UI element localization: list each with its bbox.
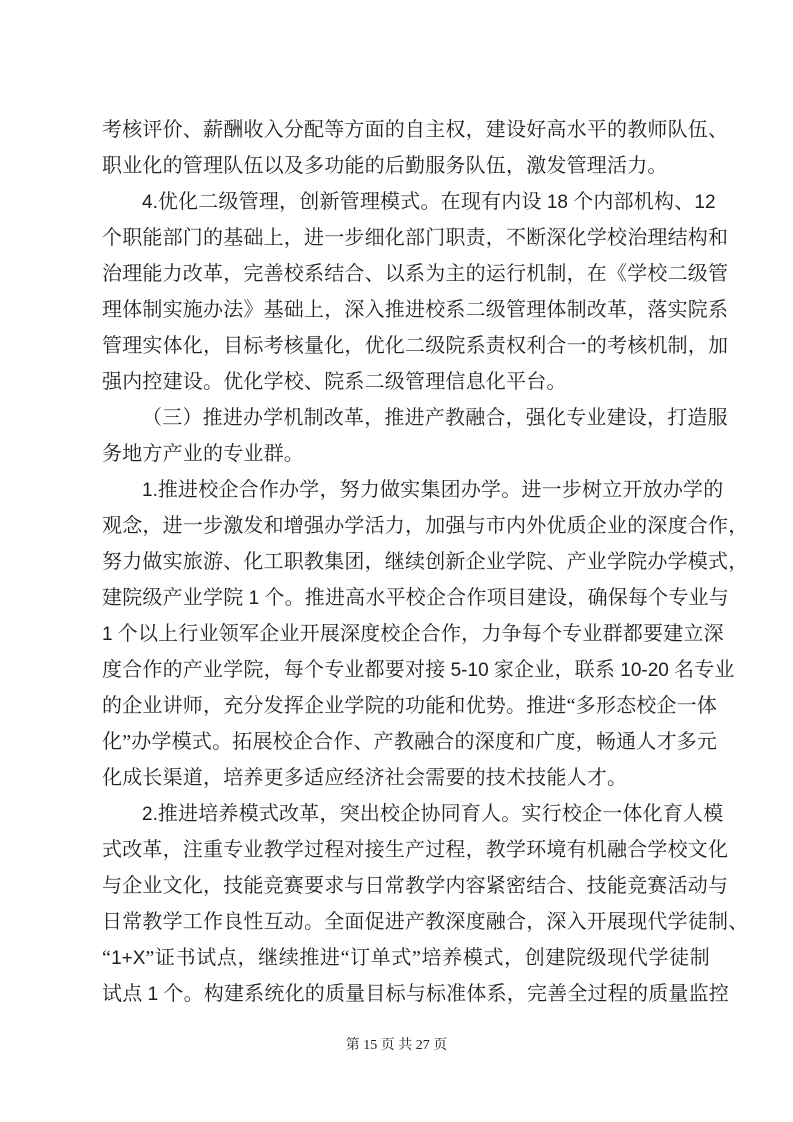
latin-text: 4. <box>142 192 158 213</box>
latin-text: 12 <box>694 192 715 213</box>
body-line: 1 个以上行业领军企业开展深度校企合作，力争每个专业群都要建立深 <box>102 616 710 652</box>
body-line: 努力做实旅游、化工职教集团，继续创新企业学院、产业学院办学模式， <box>102 544 710 580</box>
body-line: 试点 1 个。构建系统化的质量目标与标准体系，完善全过程的质量监控 <box>102 976 710 1012</box>
body-line: 职业化的管理队伍以及多功能的后勤服务队伍，激发管理活力。 <box>102 148 710 184</box>
body-line: 理体制实施办法》基础上，深入推进校系二级管理体制改革，落实院系 <box>102 292 710 328</box>
latin-text: 1. <box>142 480 158 501</box>
body-line: 度合作的产业学院，每个专业都要对接 5-10 家企业，联系 10-20 名专业 <box>102 652 710 688</box>
body-line: 与企业文化，技能竞赛要求与日常教学内容紧密结合、技能竞赛活动与 <box>102 868 710 904</box>
body-line: 1.推进校企合作办学，努力做实集团办学。进一步树立开放办学的 <box>102 472 710 508</box>
body-line: 管理实体化，目标考核量化，优化二级院系责权利合一的考核机制，加 <box>102 328 710 364</box>
latin-text: 5-10 <box>451 660 489 681</box>
body-line: 4.优化二级管理，创新管理模式。在现有内设 18 个内部机构、12 <box>102 184 710 220</box>
body-line: 2.推进培养模式改革，突出校企协同育人。实行校企一体化育人模 <box>102 796 710 832</box>
latin-text: 10-20 <box>620 660 669 681</box>
body-line: “1+X”证书试点，继续推进“订单式”培养模式，创建院级现代学徒制 <box>102 940 710 976</box>
body-line: 治理能力改革，完善校系结合、以系为主的运行机制，在《学校二级管 <box>102 256 710 292</box>
body-line: 的企业讲师，充分发挥企业学院的功能和优势。推进“多形态校企一体 <box>102 688 710 724</box>
document-body: 考核评价、薪酬收入分配等方面的自主权，建设好高水平的教师队伍、职业化的管理队伍以… <box>102 112 710 1012</box>
page-footer: 第 15 页 共 27 页 <box>0 1036 793 1056</box>
latin-text: 2. <box>142 804 158 825</box>
body-line: 个职能部门的基础上，进一步细化部门职责，不断深化学校治理结构和 <box>102 220 710 256</box>
body-line: 日常教学工作良性互动。全面促进产教深度融合，深入开展现代学徒制、 <box>102 904 710 940</box>
body-line: 化”办学模式。拓展校企合作、产教融合的深度和广度，畅通人才多元 <box>102 724 710 760</box>
body-line: （三）推进办学机制改革，推进产教融合，强化专业建设，打造服 <box>102 400 710 436</box>
body-line: 式改革，注重专业教学过程对接生产过程，教学环境有机融合学校文化 <box>102 832 710 868</box>
body-line: 务地方产业的专业群。 <box>102 436 710 472</box>
body-line: 强内控建设。优化学校、院系二级管理信息化平台。 <box>102 364 710 400</box>
latin-text: 1+X <box>111 948 145 969</box>
latin-text: 1 <box>102 624 113 645</box>
body-line: 建院级产业学院 1 个。推进高水平校企合作项目建设，确保每个专业与 <box>102 580 710 616</box>
latin-text: 18 <box>547 192 568 213</box>
document-page: 考核评价、薪酬收入分配等方面的自主权，建设好高水平的教师队伍、职业化的管理队伍以… <box>0 0 793 1122</box>
body-line: 观念，进一步激发和增强办学活力，加强与市内外优质企业的深度合作， <box>102 508 710 544</box>
latin-text: 1 <box>148 984 159 1005</box>
body-line: 考核评价、薪酬收入分配等方面的自主权，建设好高水平的教师队伍、 <box>102 112 710 148</box>
body-line: 化成长渠道，培养更多适应经济社会需要的技术技能人才。 <box>102 760 710 796</box>
latin-text: 1 <box>249 588 260 609</box>
